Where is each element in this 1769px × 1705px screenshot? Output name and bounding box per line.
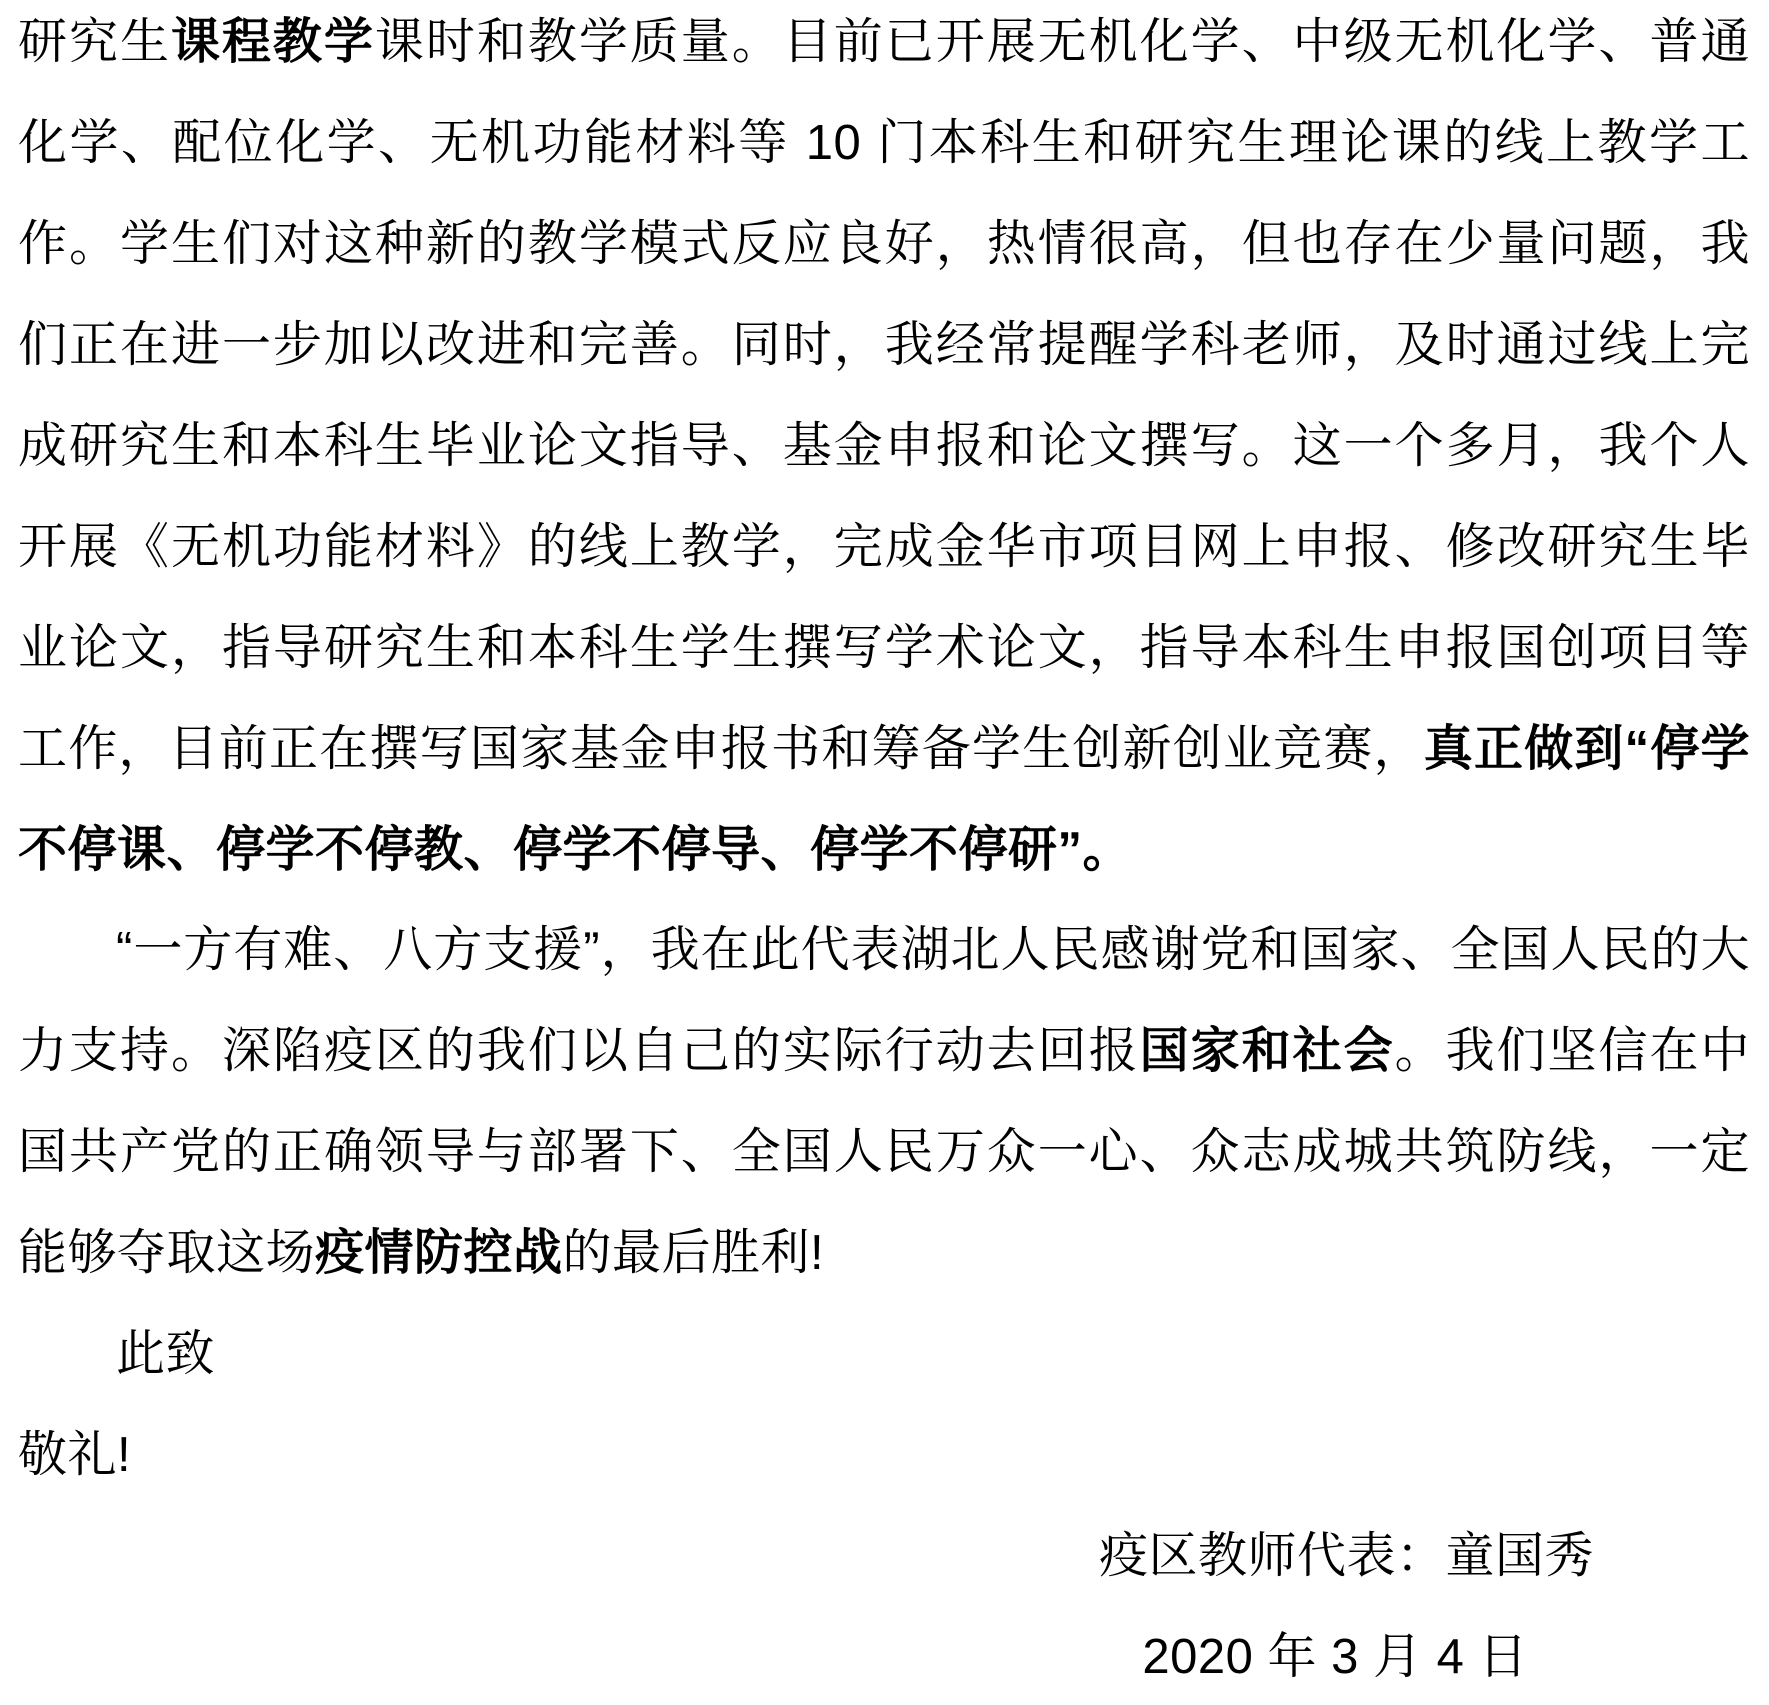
text-segment: 课时和教学质量。目前已开展无机化学、中级无机化学、普通化学、配位化学、无机功能材…	[18, 15, 1750, 776]
text-segment-bold: 课程教学	[171, 15, 375, 69]
text-segment: 的最后胜利!	[563, 1226, 825, 1280]
text-segment-bold: 疫情防控战	[315, 1226, 563, 1280]
body-paragraph-2: “一方有难、八方支援”，我在此代表湖北人民感谢党和国家、全国人民的大力支持。深陷…	[18, 900, 1750, 1304]
closing-regards: 敬礼!	[18, 1405, 1750, 1506]
text-segment: 疫区教师代表：童国秀	[1099, 1529, 1594, 1583]
text-segment: 此致	[116, 1327, 215, 1381]
text-segment: 研究生	[18, 15, 171, 69]
body-paragraph-1: 研究生课程教学课时和教学质量。目前已开展无机化学、中级无机化学、普通化学、配位化…	[18, 0, 1750, 900]
signature-line: 疫区教师代表：童国秀	[18, 1506, 1750, 1607]
letter-body: 研究生课程教学课时和教学质量。目前已开展无机化学、中级无机化学、普通化学、配位化…	[0, 0, 1769, 1705]
text-segment: 2020 年 3 月 4 日	[1142, 1630, 1528, 1684]
text-segment: 敬礼!	[18, 1428, 131, 1482]
text-segment-bold: 国家和社会	[1140, 1024, 1395, 1078]
closing-salute: 此致	[18, 1304, 1750, 1405]
letter-page: 研究生课程教学课时和教学质量。目前已开展无机化学、中级无机化学、普通化学、配位化…	[0, 0, 1769, 1697]
date-line: 2020 年 3 月 4 日	[18, 1607, 1750, 1705]
